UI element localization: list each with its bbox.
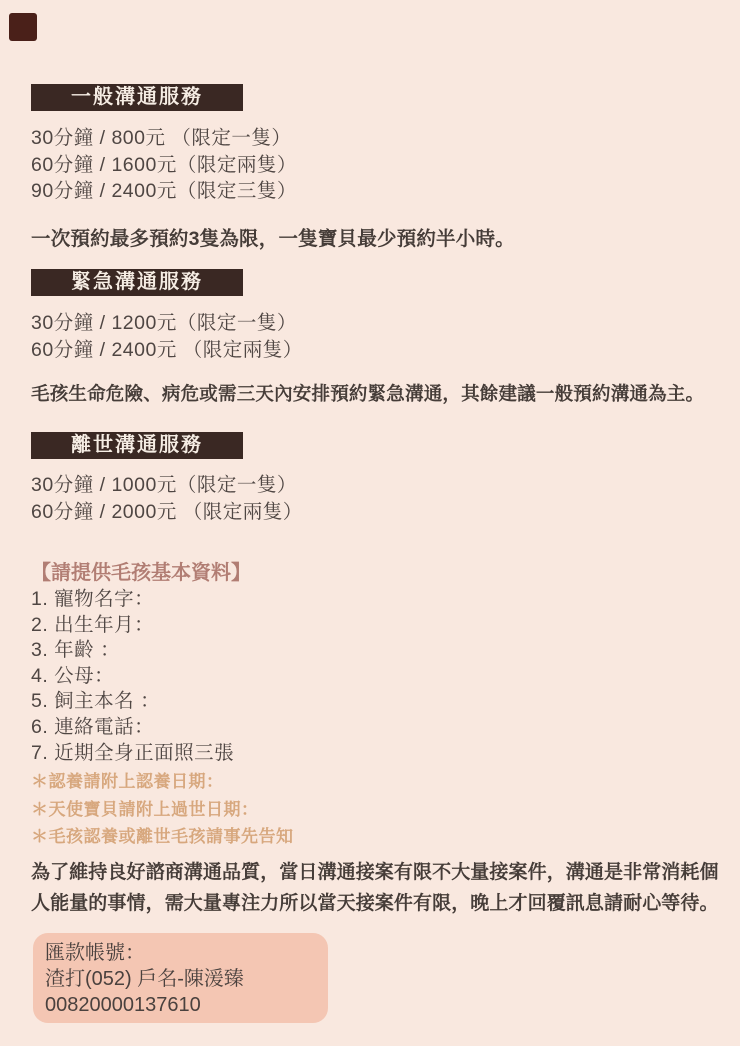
note-general: 一次預約最多預約3隻為限，一隻寶貝最少預約半小時。 (31, 223, 515, 251)
price-list-emergency: 30分鐘 / 1200元（限定一隻） 60分鐘 / 2400元 （限定兩隻） (31, 310, 303, 363)
flyer-page: { "theme": { "background": "#f9e8df", "b… (0, 0, 740, 1046)
payment-account-number: 00820000137610 (45, 992, 318, 1018)
list-item: 1. 寵物名字： (31, 587, 234, 613)
star-note: ＊天使寶貝請附上過世日期： (31, 796, 294, 824)
star-note: ＊毛孩認養或離世毛孩請事先告知 (31, 823, 294, 851)
section-header-afterlife: 離世溝通服務 (31, 432, 243, 459)
list-item: 3. 年齡 ： (31, 638, 234, 664)
star-note-list: ＊認養請附上認養日期： ＊天使寶貝請附上過世日期： ＊毛孩認養或離世毛孩請事先告… (31, 768, 294, 851)
note-emergency: 毛孩生命危險、病危或需三天內安排預約緊急溝通，其餘建議一般預約溝通為主。 (31, 380, 704, 406)
price-line: 60分鐘 / 1600元（限定兩隻） (31, 152, 297, 179)
list-item: 7. 近期全身正面照三張 (31, 741, 234, 767)
price-list-general: 30分鐘 / 800元 （限定一隻） 60分鐘 / 1600元（限定兩隻） 90… (31, 125, 297, 205)
section-header-emergency: 緊急溝通服務 (31, 269, 243, 296)
list-item: 6. 連絡電話： (31, 715, 234, 741)
price-line: 30分鐘 / 800元 （限定一隻） (31, 125, 297, 152)
price-line: 30分鐘 / 1000元（限定一隻） (31, 472, 303, 499)
payment-box: 匯款帳號： 渣打(052) 戶名-陳湲臻 00820000137610 (33, 933, 328, 1023)
basic-info-list: 1. 寵物名字： 2. 出生年月： 3. 年齡 ： 4. 公母： 5. 飼主本名… (31, 587, 234, 766)
closing-note: 為了維持良好諮商溝通品質，當日溝通接案有限不大量接案件，溝通是非常消耗個人能量的… (31, 857, 723, 919)
corner-mark (9, 13, 37, 41)
price-line: 60分鐘 / 2000元 （限定兩隻） (31, 499, 303, 526)
list-item: 2. 出生年月： (31, 613, 234, 639)
payment-bank-line: 渣打(052) 戶名-陳湲臻 (45, 966, 318, 992)
list-item: 4. 公母： (31, 664, 234, 690)
payment-label: 匯款帳號： (45, 940, 318, 966)
star-note: ＊認養請附上認養日期： (31, 768, 294, 796)
price-line: 60分鐘 / 2400元 （限定兩隻） (31, 337, 303, 364)
price-line: 90分鐘 / 2400元（限定三隻） (31, 178, 297, 205)
price-line: 30分鐘 / 1200元（限定一隻） (31, 310, 303, 337)
section-header-general: 一般溝通服務 (31, 84, 243, 111)
price-list-afterlife: 30分鐘 / 1000元（限定一隻） 60分鐘 / 2000元 （限定兩隻） (31, 472, 303, 525)
basic-info-heading: 【請提供毛孩基本資料】 (31, 556, 251, 585)
list-item: 5. 飼主本名 ： (31, 689, 234, 715)
